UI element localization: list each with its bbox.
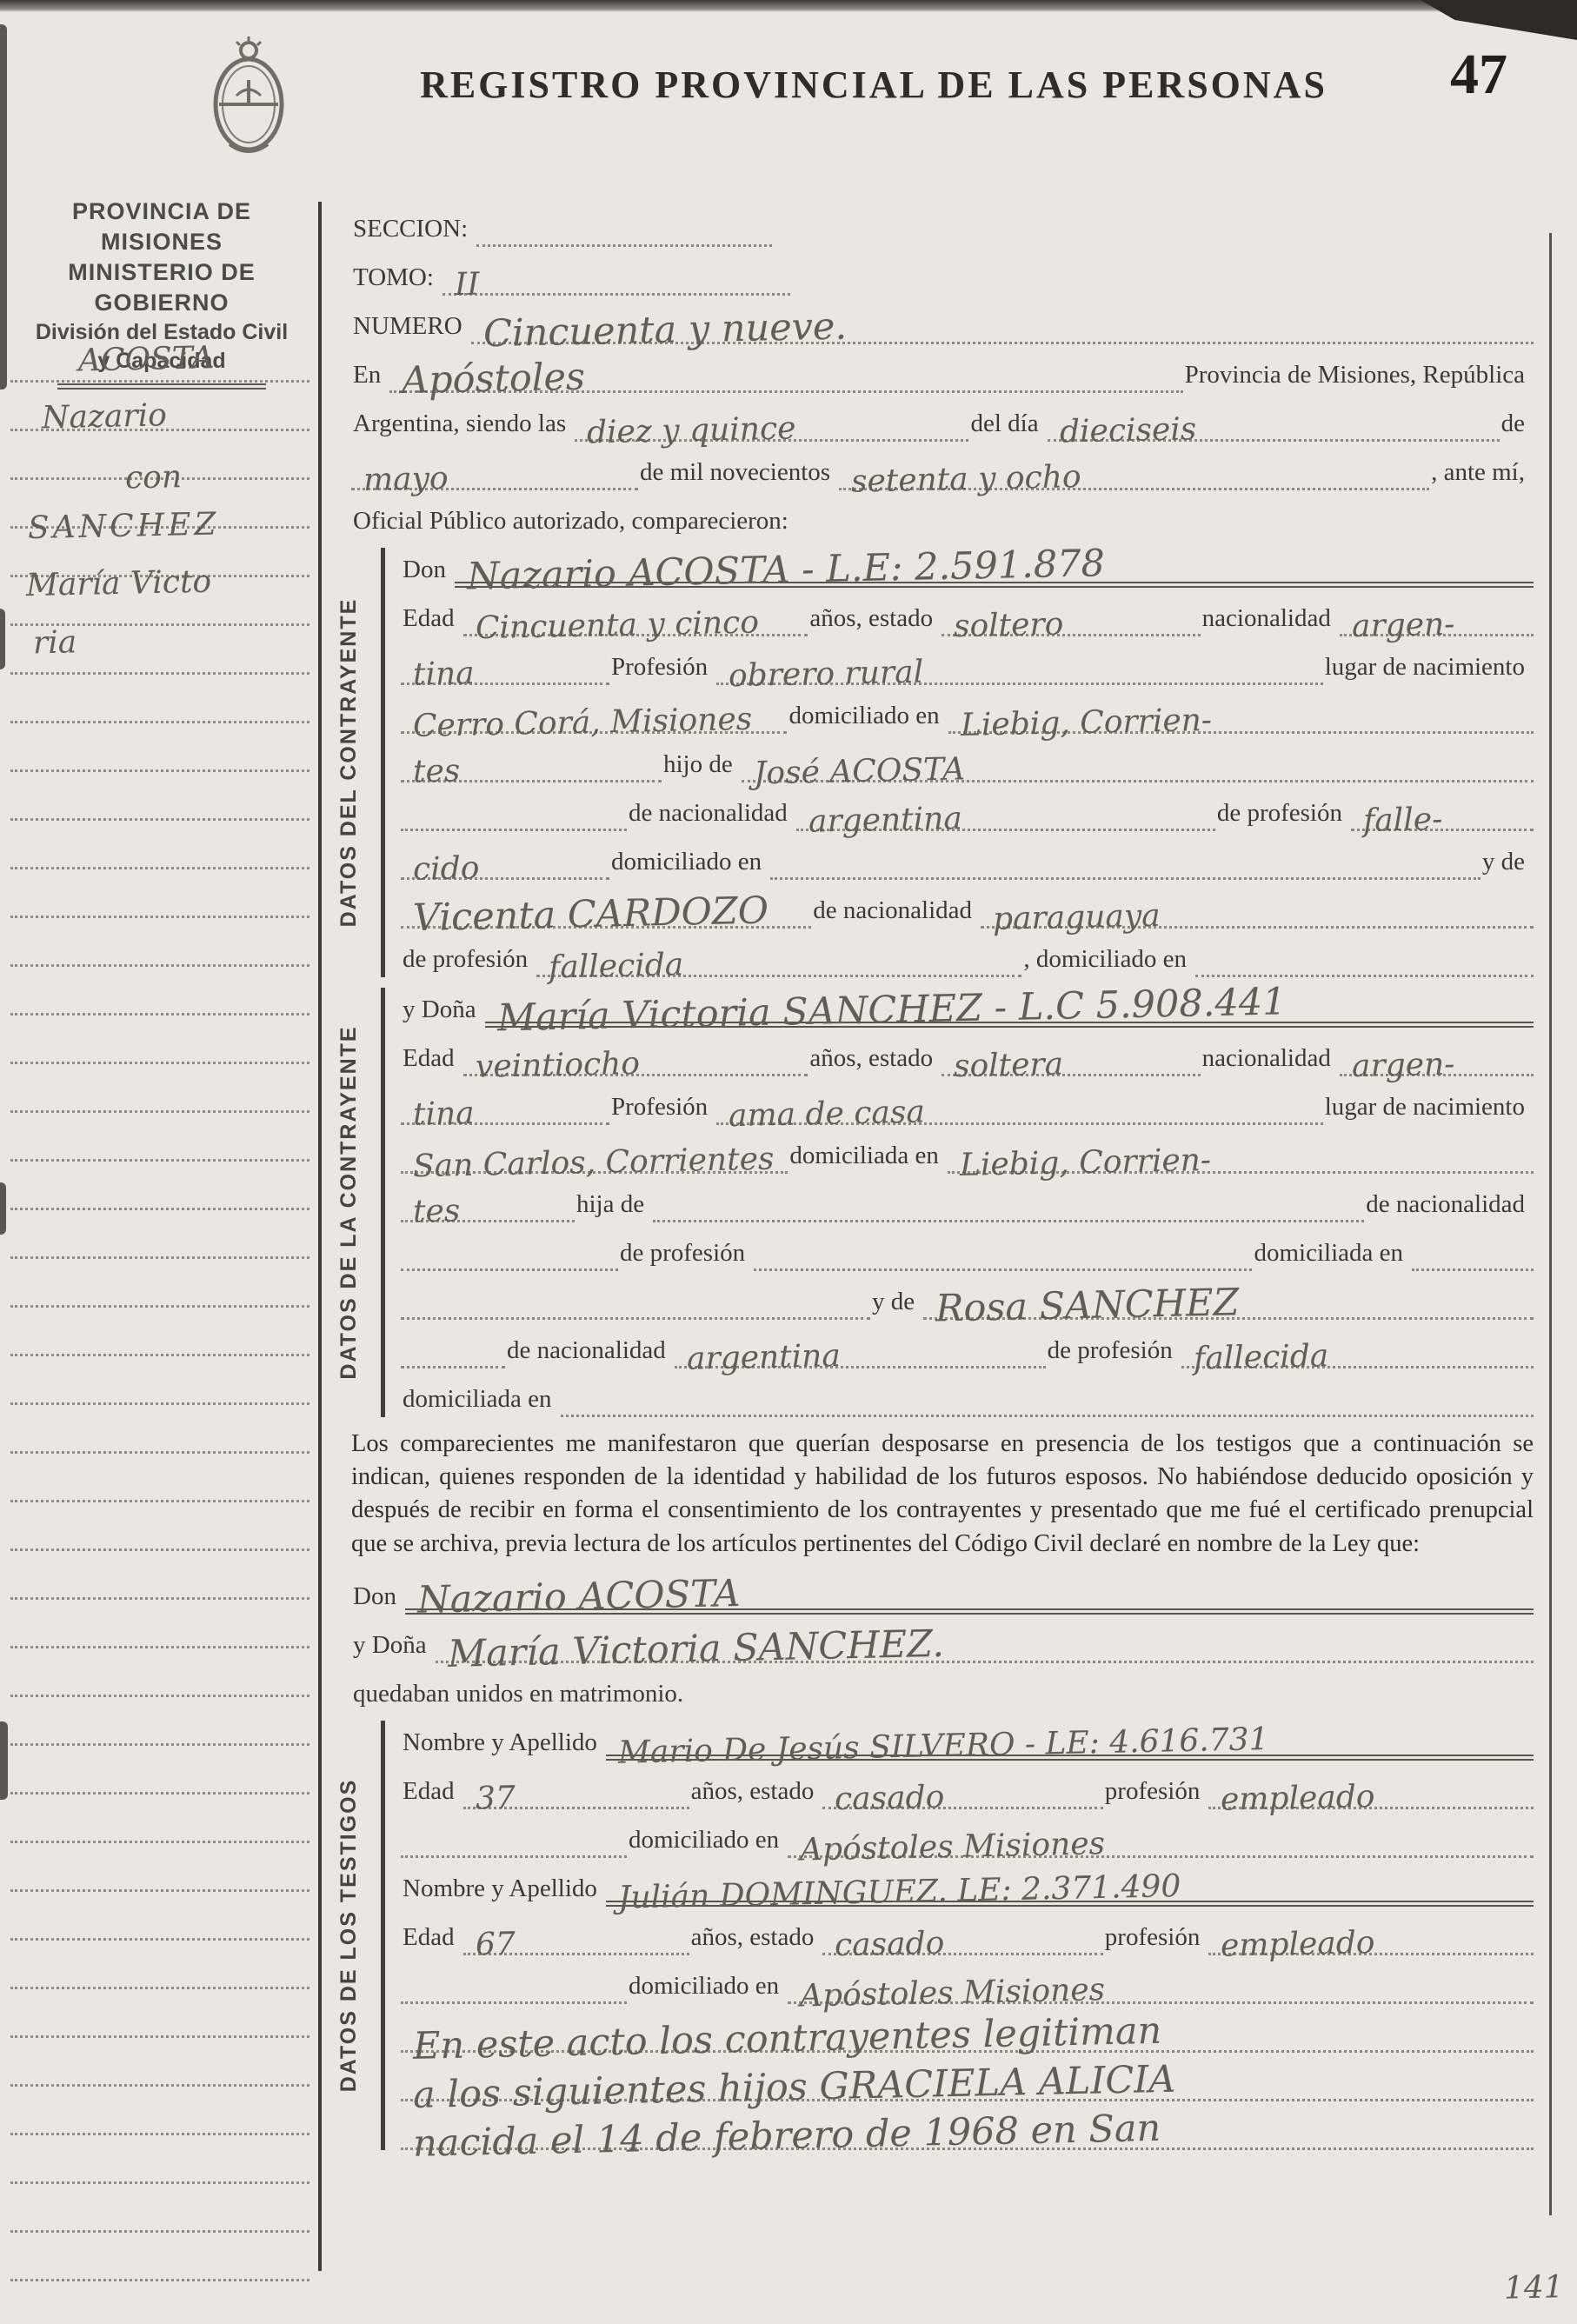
- witness1-status-line: casado: [822, 1783, 1102, 1809]
- scanned-marriage-record: REGISTRO PROVINCIAL DE LAS PERSONAS 47 P…: [0, 0, 1577, 2324]
- bride-age-value: veintiocho: [462, 1049, 640, 1083]
- groom-status-line: soltero: [942, 610, 1201, 636]
- witness1-age-line: 37: [463, 1783, 689, 1809]
- hijo-de-label: hijo de: [662, 750, 742, 782]
- handwritten-folio-mark: 141: [1492, 2273, 1564, 2304]
- domiciliado-label: domiciliado en: [627, 1826, 788, 1858]
- legitimation-text-2: a los siguientes hijos GRACIELA ALICIA: [401, 2061, 1176, 2114]
- year-value-line: setenta y ocho: [839, 464, 1429, 490]
- field-row-month-year: mayo de mil novecientos setenta y ocho ,…: [351, 450, 1534, 490]
- witness2-name-value: Julián DOMINGUEZ. LE: 2.371.490: [606, 1871, 1181, 1914]
- en-label: En: [351, 361, 389, 393]
- don-label: Don: [401, 556, 455, 588]
- bride-occupation-row: tina Profesión ama de casa lugar de naci…: [401, 1085, 1534, 1125]
- groom-section: DATOS DEL CONTRAYENTE Don Nazario ACOSTA…: [381, 548, 1534, 977]
- witness1-name-line: Mario De Jesús SILVERO - LE: 4.616.731: [606, 1731, 1534, 1761]
- bride-mother-occupation-value: fallecida: [1181, 1341, 1328, 1375]
- bride-section: DATOS DE LA CONTRAYENTE y Doña María Vic…: [381, 988, 1534, 1417]
- month-value: mayo: [351, 463, 449, 496]
- groom-occupation-row: tina Profesión obrero rural lugar de nac…: [401, 645, 1534, 685]
- edad-label: Edad: [401, 604, 463, 636]
- ruled-line: [10, 1551, 309, 1600]
- bride-mother-residence-row: domiciliada en: [401, 1377, 1534, 1417]
- anos-estado-label: años, estado: [689, 1923, 823, 1955]
- witness2-age-value: 67: [462, 1928, 516, 1961]
- ruled-line: [10, 918, 309, 967]
- field-row-time-day: Argentina, siendo las diez y quince del …: [351, 402, 1534, 442]
- place-value: Apóstoles: [389, 359, 586, 401]
- numero-value: Cincuenta y nueve.: [470, 308, 847, 353]
- groom-name-line: Nazario ACOSTA - L.E: 2.591.878: [455, 552, 1534, 588]
- bride-residence-cont: tes: [401, 1195, 461, 1228]
- bride-mother-line: Rosa SANCHEZ: [923, 1288, 1534, 1320]
- groom-nationality-value: argen-: [1339, 609, 1454, 643]
- anos-estado-label: años, estado: [808, 1044, 942, 1076]
- declaration-groom-value: Nazario ACOSTA: [405, 1575, 741, 1620]
- del-dia-label: del día: [968, 410, 1047, 442]
- blank-line: [653, 1220, 1364, 1222]
- index-surname-bride: SANCHEZ: [16, 509, 220, 545]
- coat-of-arms: [203, 30, 294, 166]
- blank-line: [754, 1269, 1252, 1271]
- ruled-line: [10, 1454, 309, 1502]
- witness2-residence-row: domiciliado en Apóstoles Misiones: [401, 1964, 1534, 2004]
- groom-birthplace-row: Cerro Corá, Misiones domiciliado en Lieb…: [401, 694, 1534, 734]
- bride-age-line: veintiocho: [463, 1050, 808, 1076]
- nacionalidad-label: nacionalidad: [1201, 604, 1340, 636]
- field-row-tomo: TOMO: II: [351, 256, 1534, 296]
- groom-nationality-cont: tina: [401, 658, 475, 691]
- declaration-groom-line: Nazario ACOSTA: [405, 1579, 1534, 1615]
- edad-label: Edad: [401, 1777, 463, 1809]
- bride-name-line: María Victoria SANCHEZ - L.C 5.908.441: [485, 992, 1534, 1028]
- ruled-line: [10, 1795, 309, 1843]
- domiciliada-label: domiciliada en: [788, 1142, 948, 1174]
- groom-mother-detail-row: de profesión fallecida , domiciliado en: [401, 937, 1534, 977]
- witness2-residence-value: Apóstoles Misiones: [788, 1974, 1106, 2013]
- groom-father-occupation-cont: cido: [401, 853, 480, 886]
- blank-line: [1195, 975, 1534, 977]
- witnesses-section: DATOS DE LOS TESTIGOS Nombre y Apellido …: [381, 1721, 1534, 2150]
- ruled-line: [10, 1697, 309, 1746]
- ruled-line: [10, 2135, 309, 2184]
- groom-father-line: José ACOSTA: [742, 756, 1534, 782]
- de-profesion-label: de profesión: [1215, 799, 1351, 831]
- nombre-apellido-label: Nombre y Apellido: [401, 1875, 606, 1907]
- witness1-residence-line: Apóstoles Misiones: [788, 1832, 1534, 1858]
- scan-edge-top: [0, 0, 1577, 12]
- bride-mother-detail-row: de nacionalidad argentina de profesión f…: [401, 1328, 1534, 1368]
- edad-label: Edad: [401, 1044, 463, 1076]
- lugar-nacimiento-label: lugar de nacimiento: [1323, 653, 1534, 685]
- marriage-form: SECCION: TOMO: II NUMERO Cincuenta y nue…: [351, 207, 1534, 2161]
- declaration-bride-row: y Doña María Victoria SANCHEZ.: [351, 1623, 1534, 1663]
- bride-parents-row: tes hija de de nacionalidad: [401, 1182, 1534, 1222]
- legitimation-row: En este acto los contrayentes legitiman: [401, 2013, 1534, 2053]
- groom-residence-line: Liebig, Corrien-: [948, 708, 1534, 734]
- groom-residence-value: Liebig, Corrien-: [948, 705, 1212, 742]
- domiciliado-label: domiciliado en: [627, 1972, 788, 2004]
- witness2-occupation-line: empleado: [1208, 1929, 1534, 1955]
- tomo-label: TOMO:: [351, 263, 442, 296]
- witness2-name-line: Julián DOMINGUEZ. LE: 2.371.490: [606, 1877, 1534, 1907]
- anos-estado-label: años, estado: [808, 604, 942, 636]
- closing-label: quedaban unidos en matrimonio.: [351, 1680, 692, 1712]
- bride-name-value: María Victoria SANCHEZ - L.C 5.908.441: [484, 983, 1286, 1037]
- bride-status-line: soltera: [942, 1050, 1201, 1076]
- bride-father-detail-row: de profesión domiciliada en: [401, 1231, 1534, 1271]
- groom-occupation-line: obrero rural: [716, 659, 1323, 685]
- de-profesion-label: de profesión: [618, 1239, 754, 1271]
- tomo-value-line: II: [442, 270, 790, 296]
- groom-mother-row: Vicenta CARDOZO de nacionalidad paraguay…: [401, 889, 1534, 929]
- bride-name-row: y Doña María Victoria SANCHEZ - L.C 5.90…: [401, 988, 1534, 1028]
- witness2-residence-line: Apóstoles Misiones: [788, 1978, 1534, 2004]
- folio-mark-value: 141: [1492, 2272, 1564, 2305]
- index-givenname-bride: María Victo: [14, 567, 212, 603]
- blank-line: [401, 1317, 870, 1320]
- bride-mother-nationality-line: argentina: [675, 1342, 1046, 1368]
- profesion-label: Profesión: [609, 1093, 716, 1125]
- de-profesion-label: de profesión: [1046, 1336, 1181, 1368]
- index-givenname-groom: Nazario: [30, 400, 168, 434]
- profesion-lower-label: profesión: [1103, 1777, 1209, 1809]
- bride-nationality-value: argen-: [1339, 1049, 1454, 1083]
- blank-line: [401, 1269, 618, 1271]
- ruled-line: [10, 2184, 309, 2233]
- ruled-line: [10, 1210, 309, 1259]
- seccion-value-line: [476, 244, 772, 247]
- domiciliada-label: domiciliada en: [401, 1385, 561, 1417]
- witness2-name-row: Nombre y Apellido Julián DOMINGUEZ. LE: …: [401, 1867, 1534, 1907]
- bride-mother-nationality-value: argentina: [674, 1341, 841, 1375]
- nacionalidad-label: nacionalidad: [1201, 1044, 1340, 1076]
- bride-mother-value: Rosa SANCHEZ: [923, 1284, 1240, 1328]
- domiciliado-label: domiciliado en: [609, 848, 770, 880]
- groom-mother-line: Vicenta CARDOZO: [401, 896, 811, 929]
- ruled-line: [10, 1405, 309, 1454]
- ruled-line: [10, 723, 309, 772]
- de-nacionalidad-label: de nacionalidad: [1364, 1190, 1534, 1222]
- groom-mother-nationality-line: paraguaya: [981, 902, 1534, 929]
- ruled-line: [10, 1064, 309, 1113]
- groom-status-value: soltero: [942, 609, 1064, 643]
- office-line: MINISTERIO DE GOBIERNO: [12, 257, 311, 318]
- scan-corner-artifact: [1421, 0, 1577, 40]
- witness1-age-value: 37: [462, 1782, 516, 1815]
- ruled-line: [10, 2038, 309, 2087]
- bride-mother-occupation-line: fallecida: [1181, 1342, 1534, 1368]
- bride-residence-value: Liebig, Corrien-: [948, 1145, 1212, 1182]
- ruled-line: [10, 869, 309, 918]
- document-title: REGISTRO PROVINCIAL DE LAS PERSONAS: [322, 63, 1426, 107]
- de-profesion-label: de profesión: [401, 945, 536, 977]
- index-con: con: [113, 462, 183, 495]
- ruled-line: [10, 821, 309, 869]
- declaration-bride-line: María Victoria SANCHEZ.: [436, 1631, 1534, 1663]
- field-row-oficial: Oficial Público autorizado, compareciero…: [351, 499, 1534, 539]
- domiciliada-label: domiciliada en: [1252, 1239, 1412, 1271]
- seccion-label: SECCION:: [351, 215, 476, 247]
- bride-nationality-cont: tina: [401, 1098, 475, 1131]
- bride-birthplace-line: San Carlos, Corrientes: [401, 1148, 788, 1174]
- mil-novecientos-label: de mil novecientos: [638, 458, 839, 490]
- ruled-line: [10, 1746, 309, 1795]
- scan-edge-mark: [0, 609, 5, 669]
- provincia-label: Provincia de Misiones, República: [1183, 361, 1534, 393]
- groom-father-value: José ACOSTA: [741, 754, 965, 789]
- groom-mother-occupation-value: fallecida: [536, 949, 684, 984]
- legitimation-line-2: a los siguientes hijos GRACIELA ALICIA: [401, 2069, 1534, 2101]
- ruled-line: [10, 1648, 309, 1697]
- ruled-line: [10, 1162, 309, 1210]
- groom-nationality-cont-line: tina: [401, 659, 609, 685]
- witness1-occupation-line: empleado: [1208, 1783, 1534, 1809]
- coma-domiciliado-label: , domiciliado en: [1021, 945, 1195, 977]
- groom-mother-value: Vicenta CARDOZO: [401, 893, 769, 938]
- legitimation-row: a los siguientes hijos GRACIELA ALICIA: [401, 2061, 1534, 2101]
- groom-father-occupation-value: falle-: [1351, 804, 1443, 837]
- groom-name-value: Nazario ACOSTA - L.E: 2.591.878: [455, 545, 1106, 596]
- domiciliado-label: domiciliado en: [787, 702, 948, 734]
- de-nacionalidad-label: de nacionalidad: [505, 1336, 675, 1368]
- ruled-line: [10, 1016, 309, 1064]
- field-row-seccion: SECCION:: [351, 207, 1534, 247]
- bride-age-status-row: Edad veintiocho años, estado soltera nac…: [401, 1036, 1534, 1076]
- declaration-bride-value: María Victoria SANCHEZ.: [435, 1626, 944, 1674]
- year-value: setenta y ocho: [839, 462, 1081, 498]
- column-divider-line: [318, 202, 322, 2271]
- office-line: PROVINCIA DE MISIONES: [12, 196, 311, 257]
- margin-index-entry: ACOSTA Nazario con SANCHEZ María Victo r…: [10, 341, 309, 706]
- numero-value-line: Cincuenta y nueve.: [471, 312, 1534, 344]
- groom-section-side-label: DATOS DEL CONTRAYENTE: [336, 598, 362, 928]
- index-givenname-bride-cont: ria: [21, 627, 77, 659]
- witness1-name-row: Nombre y Apellido Mario De Jesús SILVERO…: [401, 1721, 1534, 1761]
- bride-residence-cont-line: tes: [401, 1196, 575, 1222]
- ruled-line: [10, 772, 309, 821]
- groom-father-row: tes hijo de José ACOSTA: [401, 742, 1534, 782]
- blank-line: [1412, 1269, 1534, 1271]
- y-de-label: y de: [870, 1288, 923, 1320]
- declaration-closing-row: quedaban unidos en matrimonio.: [351, 1672, 1534, 1712]
- ruled-line: [10, 1989, 309, 2038]
- witness1-residence-value: Apóstoles Misiones: [788, 1828, 1106, 1867]
- oficial-label: Oficial Público autorizado, compareciero…: [351, 507, 797, 539]
- hour-value-line: diez y quince: [575, 416, 968, 442]
- scan-edge-mark: [0, 1721, 8, 1800]
- de-nacionalidad-label: de nacionalidad: [627, 799, 796, 831]
- bride-nationality-cont-line: tina: [401, 1099, 609, 1125]
- argentina-label: Argentina, siendo las: [351, 410, 575, 442]
- groom-father-occupation-cont-line: cido: [401, 854, 609, 880]
- page-number: 47: [1450, 42, 1507, 108]
- profesion-lower-label: profesión: [1103, 1923, 1209, 1955]
- bride-status-value: soltera: [942, 1049, 1064, 1083]
- ruled-line: [10, 2281, 309, 2324]
- groom-occupation-value: obrero rural: [716, 657, 924, 693]
- ruled-line: [10, 2233, 309, 2281]
- field-row-place: En Apóstoles Provincia de Misiones, Repú…: [351, 353, 1534, 393]
- legitimation-row: nacida el 14 de febrero de 1968 en San: [401, 2110, 1534, 2150]
- ruled-line: [10, 1892, 309, 1941]
- groom-father-nationality-value: argentina: [795, 803, 962, 838]
- y-de-label: y de: [1481, 848, 1534, 880]
- groom-name-row: Don Nazario ACOSTA - L.E: 2.591.878: [401, 548, 1534, 588]
- groom-residence-cont-line: tes: [401, 756, 662, 782]
- groom-age-value: Cincuenta y cinco: [462, 607, 759, 644]
- ruled-line: [10, 1259, 309, 1308]
- ruled-line: [10, 1356, 309, 1405]
- blank-line: [401, 1855, 627, 1858]
- witness1-name-value: Mario De Jesús SILVERO - LE: 4.616.731: [606, 1724, 1269, 1769]
- witness1-status-value: casado: [822, 1781, 945, 1815]
- groom-residence-cont: tes: [401, 756, 461, 788]
- witnesses-section-side-label: DATOS DE LOS TESTIGOS: [336, 1778, 362, 2092]
- y-dona-label: y Doña: [351, 1631, 436, 1663]
- ruled-line: [10, 1502, 309, 1551]
- ruled-line: [10, 1600, 309, 1648]
- bride-birthplace-row: San Carlos, Corrientes domiciliada en Li…: [401, 1134, 1534, 1174]
- don-label: Don: [351, 1582, 405, 1615]
- ruled-line: [10, 1113, 309, 1162]
- witness2-age-line: 67: [463, 1929, 689, 1955]
- witness2-age-row: Edad 67 años, estado casado profesión em…: [401, 1915, 1534, 1955]
- blank-line: [561, 1415, 1534, 1417]
- bride-nationality-line: argen-: [1340, 1050, 1534, 1076]
- ruled-line: [10, 2087, 309, 2135]
- declaration-groom-row: Don Nazario ACOSTA: [351, 1575, 1534, 1615]
- groom-age-status-row: Edad Cincuenta y cinco años, estado solt…: [401, 596, 1534, 636]
- blank-line: [401, 2001, 627, 2004]
- tomo-value: II: [442, 270, 480, 302]
- ruled-line: [10, 1843, 309, 1892]
- groom-father-nationality-line: argentina: [796, 805, 1215, 831]
- witness2-status-value: casado: [822, 1928, 945, 1961]
- bride-occupation-line: ama de casa: [716, 1099, 1323, 1125]
- lugar-nacimiento-label: lugar de nacimiento: [1323, 1093, 1534, 1125]
- de-nacionalidad-label: de nacionalidad: [811, 896, 981, 929]
- witness2-occupation-value: empleado: [1208, 1928, 1375, 1962]
- hija-de-label: hija de: [575, 1190, 653, 1222]
- anos-estado-label: años, estado: [689, 1777, 823, 1809]
- month-value-line: mayo: [351, 464, 638, 490]
- ruled-line: [10, 967, 309, 1016]
- y-dona-label: y Doña: [401, 996, 485, 1028]
- legitimation-text-1: En este acto los contrayentes legitiman: [401, 2013, 1162, 2066]
- groom-mother-occupation-line: fallecida: [536, 951, 1021, 977]
- blank-line: [401, 1366, 505, 1368]
- groom-mother-nationality-value: paraguaya: [981, 901, 1161, 936]
- hour-value: diez y quince: [575, 413, 796, 449]
- de-label: de: [1500, 410, 1534, 442]
- ante-mi-label: , ante mí,: [1429, 458, 1534, 490]
- scan-edge-mark: [0, 24, 7, 390]
- nombre-apellido-label: Nombre y Apellido: [401, 1728, 606, 1761]
- legitimation-line-3: nacida el 14 de febrero de 1968 en San: [401, 2118, 1534, 2150]
- witness1-occupation-value: empleado: [1208, 1781, 1375, 1816]
- edad-label: Edad: [401, 1923, 463, 1955]
- legitimation-line-1: En este acto los contrayentes legitiman: [401, 2021, 1534, 2053]
- legitimation-text-3: nacida el 14 de febrero de 1968 en San: [401, 2110, 1161, 2163]
- page-edge-line: [1549, 233, 1552, 2215]
- groom-birthplace-line: Cerro Corá, Misiones: [401, 708, 787, 734]
- blank-line: [770, 877, 1481, 880]
- bride-birthplace-value: San Carlos, Corrientes: [401, 1144, 775, 1183]
- numero-label: NUMERO: [351, 312, 471, 344]
- witness2-status-line: casado: [822, 1929, 1102, 1955]
- day-value-line: dieciseis: [1048, 416, 1500, 442]
- bride-mother-row: y de Rosa SANCHEZ: [401, 1280, 1534, 1320]
- index-surname-groom: ACOSTA: [66, 343, 214, 377]
- ruled-line: [10, 1941, 309, 1989]
- scan-edge-mark: [0, 1182, 6, 1235]
- day-value: dieciseis: [1047, 414, 1196, 449]
- groom-father-occupation-line: falle-: [1351, 805, 1534, 831]
- declaration-paragraph: Los comparecientes me manifestaron que q…: [351, 1428, 1534, 1561]
- place-value-line: Apóstoles: [389, 361, 1182, 393]
- field-row-numero: NUMERO Cincuenta y nueve.: [351, 304, 1534, 344]
- witness1-age-row: Edad 37 años, estado casado profesión em…: [401, 1769, 1534, 1809]
- bride-residence-line: Liebig, Corrien-: [948, 1148, 1534, 1174]
- ruled-line: [10, 1308, 309, 1356]
- groom-father-residence-row: cido domiciliado en y de: [401, 840, 1534, 880]
- bride-occupation-value: ama de casa: [716, 1096, 926, 1132]
- groom-birthplace-value: Cerro Corá, Misiones: [401, 704, 753, 742]
- blank-line: [401, 829, 627, 831]
- bride-section-side-label: DATOS DE LA CONTRAYENTE: [336, 1025, 362, 1379]
- witness1-residence-row: domiciliado en Apóstoles Misiones: [401, 1818, 1534, 1858]
- groom-age-line: Cincuenta y cinco: [463, 610, 808, 636]
- groom-nationality-line: argen-: [1340, 610, 1534, 636]
- profesion-label: Profesión: [609, 653, 716, 685]
- groom-father-detail-row: de nacionalidad argentina de profesión f…: [401, 791, 1534, 831]
